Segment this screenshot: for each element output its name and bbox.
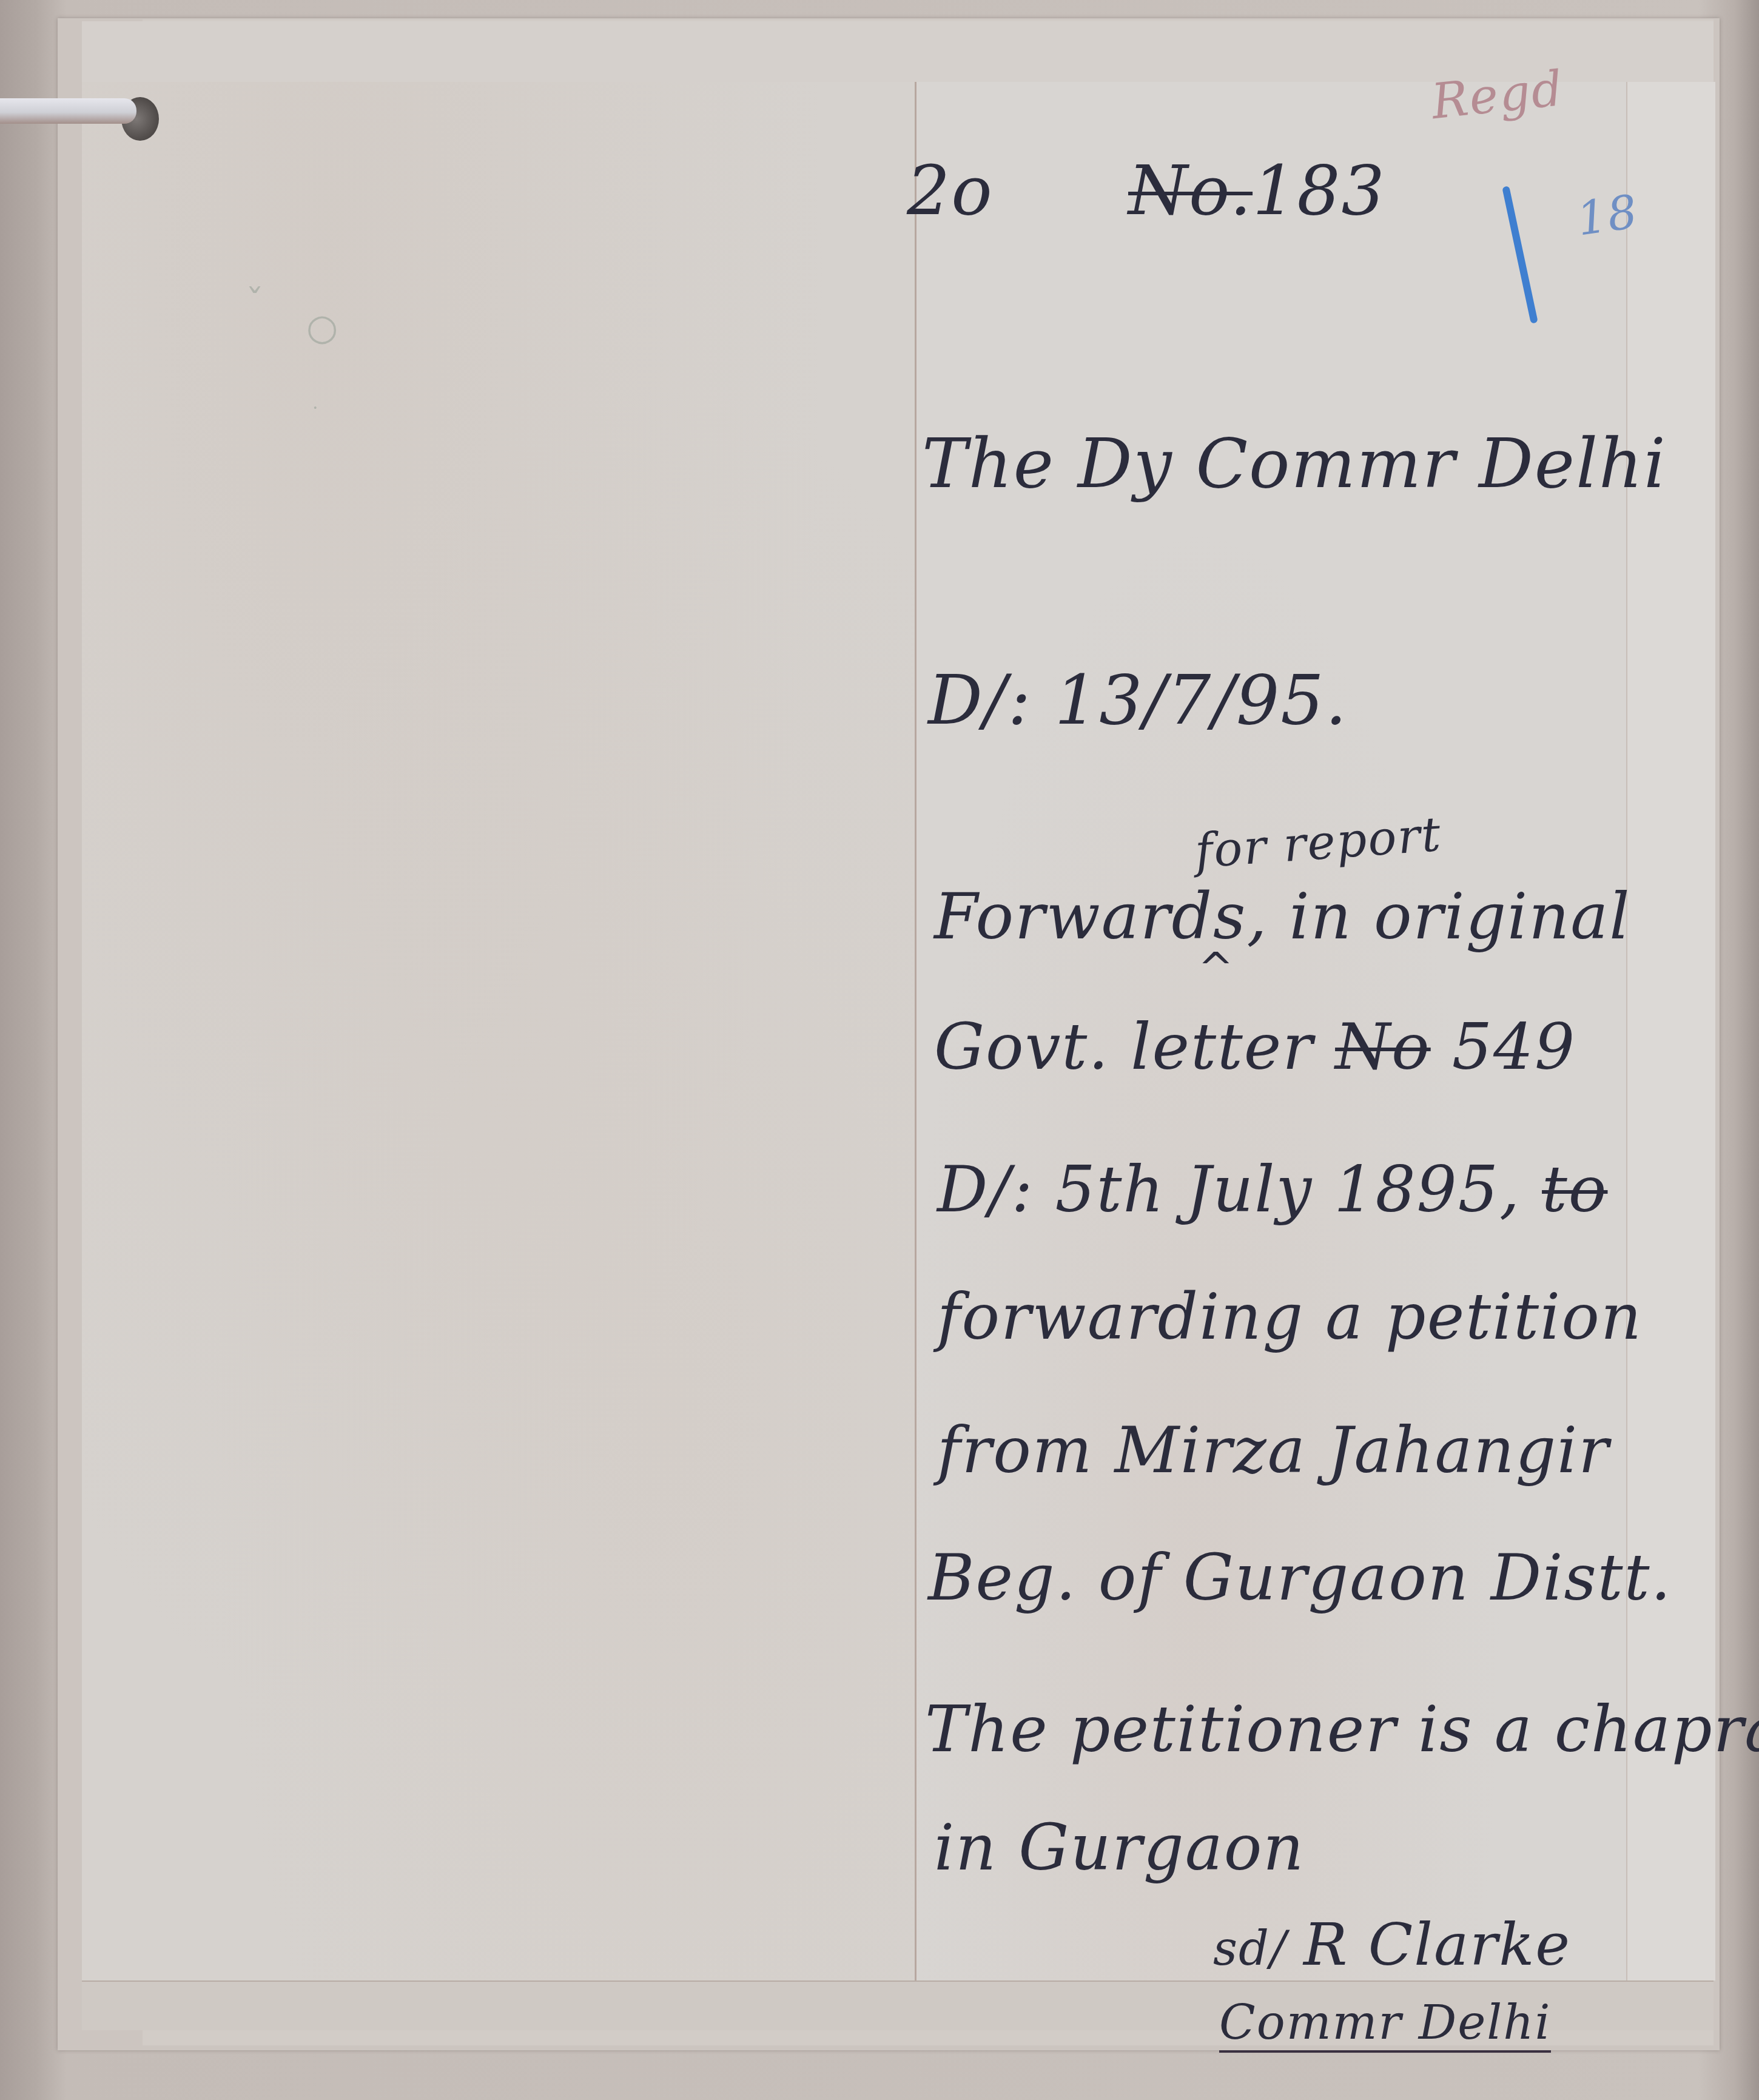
body-line-6: Beg. of Gurgaon Distt. xyxy=(928,1541,1672,1615)
letter-date: D/: 5th July 1895, xyxy=(937,1153,1521,1227)
binding-string xyxy=(0,98,136,124)
signatory-title: Commr Delhi xyxy=(1219,1996,1551,2050)
signature-name: R Clarke xyxy=(1303,1911,1571,1979)
bleed-through-mark: ○ xyxy=(306,306,338,349)
document-number: 183 xyxy=(1253,152,1386,231)
serial-number: 2o xyxy=(907,152,994,231)
body-line-3: D/: 5th July 1895, to xyxy=(937,1153,1607,1227)
govt-letter-no-struck: No xyxy=(1335,1010,1431,1084)
body-line-7: The petitioner is a chaprasi xyxy=(925,1692,1759,1766)
signature-line: sd/ R Clarke xyxy=(1213,1911,1571,1979)
endorsement-date: D/: 13/7/95. xyxy=(928,661,1348,740)
govt-letter-number: 549 xyxy=(1452,1010,1576,1084)
number-prefix-struck: No. xyxy=(1128,152,1253,231)
body-line-8: in Gurgaon xyxy=(934,1811,1305,1885)
body-line-2: Govt. letter No 549 xyxy=(934,1010,1576,1084)
blue-pencil-number: 18 xyxy=(1573,184,1641,246)
signatory-title-text: Commr Delhi xyxy=(1219,1996,1551,2053)
signature-prefix: sd/ xyxy=(1213,1922,1287,1976)
bleed-through-mark: · xyxy=(312,397,318,419)
body-line-5: from Mirza Jahangir xyxy=(937,1413,1610,1487)
number-line: No.183 xyxy=(1128,152,1386,231)
left-page-blank: ˇ ○ · xyxy=(82,82,916,1981)
bleed-through-mark: ˇ xyxy=(246,282,264,325)
body-line-1: Forwards, in original xyxy=(934,880,1631,954)
govt-letter-label: Govt. letter xyxy=(934,1010,1314,1084)
addressee-line: The Dy Commr Delhi xyxy=(922,425,1667,503)
struck-word: to xyxy=(1542,1153,1607,1227)
body-line-4: forwarding a petition xyxy=(937,1280,1643,1354)
